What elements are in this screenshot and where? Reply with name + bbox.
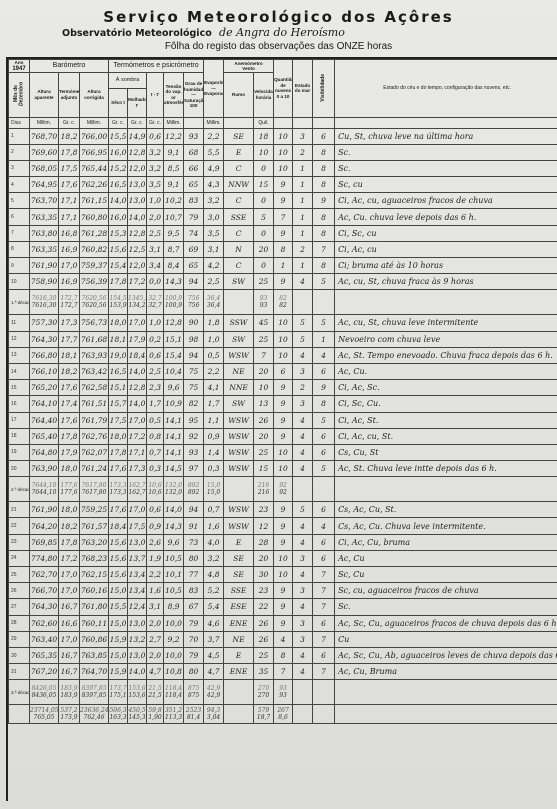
summary-cell [313,680,335,705]
value-cell: 26 [254,615,274,631]
value-cell: 2,0 [147,615,164,631]
value-cell: 9 [313,380,335,396]
value-cell: 13,4 [128,567,147,583]
value-cell: 14,5 [164,461,184,477]
value-cell: 761,28 [80,225,109,241]
value-cell: 756,73 [80,315,109,331]
value-cell: 4 [293,412,313,428]
value-cell: 10 [274,331,293,347]
value-cell: 15,6 [109,567,128,583]
day-cell: 21 [9,502,30,518]
sky-state-cell: Ci, Sc, Cu. [335,396,557,412]
table-row: 19764,8017,9762,0717,817,10,714,1931,4WS… [9,444,557,460]
value-cell: 1,1 [204,412,224,428]
value-cell: 95 [184,412,204,428]
value-cell: 4 [274,631,293,647]
table-row: 18765,4017,8762,7618,017,20,814,1920,9WS… [9,428,557,444]
value-cell: 17,3 [59,315,80,331]
value-cell: 2,0 [147,209,164,225]
value-cell: E [224,144,254,160]
value-cell: 0 [254,193,274,209]
value-cell: 16,5 [109,177,128,193]
table-row: 23769,8517,8763,2015,613,02,69,6734,0E28… [9,534,557,550]
value-cell: 765,44 [80,160,109,176]
unit-cell: Millim. [80,117,109,128]
sky-state-cell: Cs, Ac, Cu. Chuva leve intermitente. [335,518,557,534]
value-cell: 763,85 [80,647,109,663]
value-cell: 30 [254,567,274,583]
summary-cell: 154,5153,9 [109,290,128,315]
value-cell: 10,5 [164,583,184,599]
sky-state-cell: Ci, Sc, cu [335,225,557,241]
day-cell: 11 [9,315,30,331]
value-cell: C [224,225,254,241]
value-cell: 79 [184,615,204,631]
value-cell: 16,7 [59,664,80,680]
value-cell: 13,0 [128,615,147,631]
value-cell: 1 [293,160,313,176]
value-cell: 17,3 [128,461,147,477]
value-cell: 2,7 [147,631,164,647]
value-cell: 765,20 [30,380,59,396]
summary-cell: 756756 [184,290,204,315]
value-cell: 10 [274,144,293,160]
value-cell: 3 [293,583,313,599]
value-cell: 16,7 [59,599,80,615]
sky-state-header: Estado do céu e do tempo, configuração d… [335,60,557,118]
value-cell: 6 [313,502,335,518]
unit-cell [335,117,557,128]
shade-header: À sombra [109,73,147,89]
value-cell: 3,4 [147,258,164,274]
value-cell: 77 [184,567,204,583]
value-cell: 1 [293,209,313,225]
value-cell: 766,00 [80,128,109,144]
value-cell: 3,2 [147,160,164,176]
month-total-row: 23714,05765,05537,2173,923636,24762,4650… [9,705,557,724]
day-cell: 14 [9,363,30,379]
summary-label: 2.ª década [9,477,30,502]
value-cell: 1 [293,258,313,274]
summary-cell: 9393 [254,290,274,315]
sky-state-cell: Ac, Cu [335,550,557,566]
value-cell: 16,0 [109,209,128,225]
table-row: 27764,3016,7761,8015,512,43,18,9675,4ESE… [9,599,557,615]
value-cell: ENE [224,664,254,680]
summary-cell: 8426,058436,05 [30,680,59,705]
value-cell: 17,1 [59,209,80,225]
value-cell: 18,0 [109,315,128,331]
table-row: 13766,8018,1763,9319,018,40,615,4940,5WS… [9,347,557,363]
value-cell: 69 [184,241,204,257]
summary-label: 1.ª década [9,290,30,315]
value-cell: 10 [274,347,293,363]
value-cell: 83 [184,583,204,599]
value-cell: 15 [254,461,274,477]
value-cell: 763,42 [80,363,109,379]
sky-state-cell: Sc, Cu [335,567,557,583]
day-cell: 20 [9,461,30,477]
value-cell: 3,1 [147,599,164,615]
value-cell: 12,8 [164,315,184,331]
value-cell: 756,39 [80,274,109,290]
value-cell: 14,3 [164,518,184,534]
summary-cell: 216216 [254,477,274,502]
value-cell: 5 [313,461,335,477]
value-cell: 1,6 [147,583,164,599]
value-cell: 5 [313,315,335,331]
value-cell: 2 [293,144,313,160]
value-cell: 4 [293,347,313,363]
value-cell: 9 [274,599,293,615]
value-cell: 13,4 [128,583,147,599]
value-cell: 1,0 [147,193,164,209]
value-cell: 9 [274,412,293,428]
value-cell: 9 [274,274,293,290]
value-cell: 17,4 [59,396,80,412]
value-cell: 10,9 [164,396,184,412]
day-cell: 28 [9,615,30,631]
day-cell: 15 [9,380,30,396]
value-cell: 10,2 [164,193,184,209]
sky-state-cell: Cu, St, chuva leve na última hora [335,128,557,144]
day-cell: 24 [9,550,30,566]
value-cell: 6 [274,363,293,379]
value-cell: 4,2 [204,258,224,274]
table-row: 22764,2018,2761,5718,417,50,914,3911,6WS… [9,518,557,534]
sky-state-cell: Ci, Ac, Sc. [335,380,557,396]
sky-state-cell: Ci, Ac, cu, St. [335,428,557,444]
value-cell: SSW [224,315,254,331]
value-cell: 20 [254,241,274,257]
unit-cell: Gr. c. [109,117,128,128]
value-cell: 20 [254,363,274,379]
summary-cell [224,680,254,705]
value-cell: 7 [313,583,335,599]
value-cell: 98 [184,331,204,347]
summary-cell [293,680,313,705]
value-cell: 0,8 [147,428,164,444]
value-cell: 760,82 [80,241,109,257]
sky-state-cell: Sc, cu, aguaceiros fracos de chuva [335,583,557,599]
value-cell: 79 [184,209,204,225]
value-cell: 9 [274,380,293,396]
value-cell: NE [224,631,254,647]
value-cell: 0 [254,225,274,241]
value-cell: 15,9 [109,664,128,680]
value-cell: 28 [254,534,274,550]
value-cell: 4 [293,567,313,583]
units-row: Dias Millim.Gr. c.Millim.Gr. c.Gr. c.Gr.… [9,117,557,128]
summary-cell: 7616,307616,30 [30,290,59,315]
value-cell: 5 [293,502,313,518]
value-cell: 91 [184,518,204,534]
value-cell: 10 [274,160,293,176]
value-cell: 93 [184,128,204,144]
value-cell: 4 [293,664,313,680]
month-header: Mês de Dezembro [9,73,30,118]
value-cell: 763,70 [30,193,59,209]
value-cell: 4 [293,428,313,444]
unit-cell: Quil. [254,117,274,128]
value-cell: 0,7 [147,444,164,460]
value-cell: 761,51 [80,396,109,412]
summary-cell: 15,015,0 [204,477,224,502]
value-cell: 23 [254,502,274,518]
value-cell: WSW [224,428,254,444]
table-row: 14766,1018,2763,4216,514,02,510,4752,2NE… [9,363,557,379]
summary-cell [293,705,313,724]
day-cell: 7 [9,225,30,241]
vapour-tension-header: Tensão do vap. or atmosférico [164,73,184,118]
value-cell: 26 [254,412,274,428]
value-cell: 14,1 [164,412,184,428]
value-cell: 13,7 [128,550,147,566]
value-cell: SE [224,567,254,583]
value-cell: 4,5 [204,647,224,663]
value-cell: 14,0 [109,193,128,209]
value-cell: NNW [224,177,254,193]
value-cell: 1,7 [147,396,164,412]
unit-cell: Millim. [30,117,59,128]
value-cell: 9,1 [164,177,184,193]
day-cell: 27 [9,599,30,615]
value-cell: 17,1 [128,444,147,460]
value-cell: ESE [224,599,254,615]
value-cell: 761,90 [30,258,59,274]
value-cell: 10 [274,567,293,583]
value-cell: 17,0 [59,583,80,599]
value-cell: 19,0 [109,347,128,363]
value-cell: 17,0 [59,567,80,583]
sky-state-cell: Cu [335,631,557,647]
value-cell: 0,9 [204,428,224,444]
value-cell: 12,0 [128,258,147,274]
value-cell: 761,90 [30,502,59,518]
value-cell: C [224,258,254,274]
value-cell: 80 [184,664,204,680]
value-cell: 3,2 [204,550,224,566]
value-cell: 6 [313,534,335,550]
value-cell: 26 [254,631,274,647]
value-cell: 4,6 [204,615,224,631]
value-cell: C [224,193,254,209]
value-cell: 7 [313,599,335,615]
value-cell: SW [224,274,254,290]
table-row: 11757,3017,3756,7318,017,01,012,8901,8SS… [9,315,557,331]
value-cell: 4 [293,599,313,615]
unit-cell [224,117,254,128]
value-cell: 5 [313,412,335,428]
unit-cell: Millim. [204,117,224,128]
summary-blank [335,680,557,705]
summary-cell [293,290,313,315]
value-cell: 12,2 [164,128,184,144]
evaporimeter-header: Evaporímetro — Evaporação [204,60,224,118]
value-cell: 762,76 [80,428,109,444]
value-cell: 18,0 [59,502,80,518]
table-row: 16764,1017,4761,5115,714,01,710,9821,7SW… [9,396,557,412]
value-cell: 18,2 [59,518,80,534]
value-cell: 45 [254,315,274,331]
value-cell: 15 [254,177,274,193]
value-cell: 3,1 [204,241,224,257]
value-cell: 9 [274,502,293,518]
value-cell: 13,2 [128,631,147,647]
value-cell: 3 [293,363,313,379]
summary-cell: 32,732,7 [147,290,164,315]
value-cell: 14,0 [128,209,147,225]
value-cell: 4 [293,274,313,290]
value-cell: 17,6 [59,380,80,396]
summary-cell: 9292 [274,477,293,502]
value-cell: SSE [224,583,254,599]
value-cell: 17,9 [59,444,80,460]
humidity-header: Grau de humidade—Saturação 100 [184,73,204,118]
value-cell: 14,0 [164,502,184,518]
value-cell: 10 [254,380,274,396]
value-cell: 3,1 [147,241,164,257]
value-cell: 17,0 [128,502,147,518]
value-cell: 769,85 [30,534,59,550]
day-cell: 26 [9,583,30,599]
value-cell: 22 [254,599,274,615]
value-cell: 14,0 [128,396,147,412]
summary-cell: 270270 [254,680,274,705]
value-cell: 17,0 [59,631,80,647]
decade-summary-row: 2.ª década7644,107644,10177,6177,67617,8… [9,477,557,502]
value-cell: 83 [184,193,204,209]
t-diff-header: t - t' [147,73,164,118]
summary-cell: 153,6153,6 [128,680,147,705]
value-cell: 16,7 [59,647,80,663]
value-cell: 6 [313,428,335,444]
value-cell: 73 [184,534,204,550]
value-cell: 17,8 [59,144,80,160]
sky-state-cell: Ci, Ac, Cu, bruma [335,534,557,550]
value-cell: 2,6 [147,534,164,550]
value-cell: 13 [254,396,274,412]
value-cell: 13,0 [128,534,147,550]
sea-state-header: Estado do mar [293,60,313,118]
sheet-caption: Fôlha do registo das observações das ONZ… [0,41,557,52]
value-cell: 762,07 [80,444,109,460]
value-cell: 4 [293,461,313,477]
page-title: Serviço Meteorológico dos Açôres [0,8,557,26]
value-cell: 766,95 [80,144,109,160]
observation-table-wrap: Ano1947 Barómetro Termómetros e psicróme… [6,57,557,801]
value-cell: 90 [184,315,204,331]
sky-state-cell: Ac, Sc, Cu, Ab, aguaceiros leves de chuv… [335,647,557,663]
value-cell: 97 [184,461,204,477]
value-cell: 4,7 [147,664,164,680]
day-cell: 16 [9,396,30,412]
sky-state-cell: Cs, Ac, Cu, St. [335,502,557,518]
unit-cell [293,117,313,128]
value-cell: 2,2 [204,128,224,144]
value-cell: 15,5 [109,128,128,144]
value-cell: 2,5 [147,363,164,379]
day-cell: 5 [9,193,30,209]
value-cell: 764,95 [30,177,59,193]
value-cell: 14,3 [164,274,184,290]
value-cell: 35 [254,664,274,680]
value-cell: 1,4 [204,444,224,460]
value-cell: 9 [274,428,293,444]
value-cell: 18,0 [59,461,80,477]
value-cell: 3 [293,631,313,647]
summary-cell [224,477,254,502]
corrected-height-header: Altura corrigida [80,73,109,118]
table-row: 2769,6017,8766,9516,012,83,29,1685,5E101… [9,144,557,160]
value-cell: SW [224,331,254,347]
value-cell: 0,6 [147,347,164,363]
day-cell: 12 [9,331,30,347]
value-cell: 763,90 [30,461,59,477]
value-cell: 82 [184,396,204,412]
value-cell: C [224,160,254,176]
summary-cell: 177,6177,6 [59,477,80,502]
value-cell: 9,6 [164,534,184,550]
value-cell: 760,16 [80,583,109,599]
table-row: 15765,2017,6762,5815,112,82,39,6754,1NNE… [9,380,557,396]
value-cell: WSW [224,518,254,534]
summary-cell: 506,3163,3 [109,705,128,724]
value-cell: 766,80 [30,347,59,363]
value-cell: 763,80 [30,225,59,241]
value-cell: 25 [254,444,274,460]
observation-sheet: Serviço Meteorológico dos Açôres Observa… [0,0,557,809]
wind-direction-header: Rumo [224,73,254,118]
observation-rows: 1768,7018,2766,0015,514,90,612,2932,2SE1… [9,128,557,724]
attached-thermometer-header: Termómetro adjunto [59,73,80,118]
value-cell: 14,1 [164,444,184,460]
visibility-header: Visibilidade [313,60,335,118]
value-cell: 17,2 [128,274,147,290]
table-row: 29763,4017,0760,8615,913,22,79,2703,7NE2… [9,631,557,647]
value-cell: 765,40 [30,428,59,444]
value-cell: 4,1 [204,380,224,396]
value-cell: 12,5 [128,241,147,257]
value-cell: 18,2 [59,363,80,379]
value-cell: 767,20 [30,664,59,680]
sky-state-cell: Ac, Cu. chuva leve depois das 6 h. [335,209,557,225]
value-cell: 9 [274,518,293,534]
summary-cell: 21,521,5 [147,680,164,705]
barometer-header: Barómetro [30,60,109,73]
table-row: 8763,3516,9760,8215,612,53,18,7693,1N208… [9,241,557,257]
value-cell: 17,5 [109,412,128,428]
summary-blank [335,477,557,502]
sky-state-cell: Ac, Cu, Bruma [335,664,557,680]
summary-label [9,705,30,724]
value-cell: 15,2 [109,160,128,176]
unit-cell [313,117,335,128]
value-cell: 17,6 [59,412,80,428]
summary-cell: 118,4118,4 [164,680,184,705]
unit-cell: Gr. c. [128,117,147,128]
value-cell: 17,6 [109,461,128,477]
value-cell: NE [224,363,254,379]
value-cell: N [224,241,254,257]
value-cell: 764,30 [30,331,59,347]
value-cell: 3 [293,128,313,144]
value-cell: 8 [274,241,293,257]
value-cell: 1 [293,177,313,193]
value-cell: 9,5 [164,225,184,241]
value-cell: WSW [224,347,254,363]
value-cell: 94 [184,502,204,518]
